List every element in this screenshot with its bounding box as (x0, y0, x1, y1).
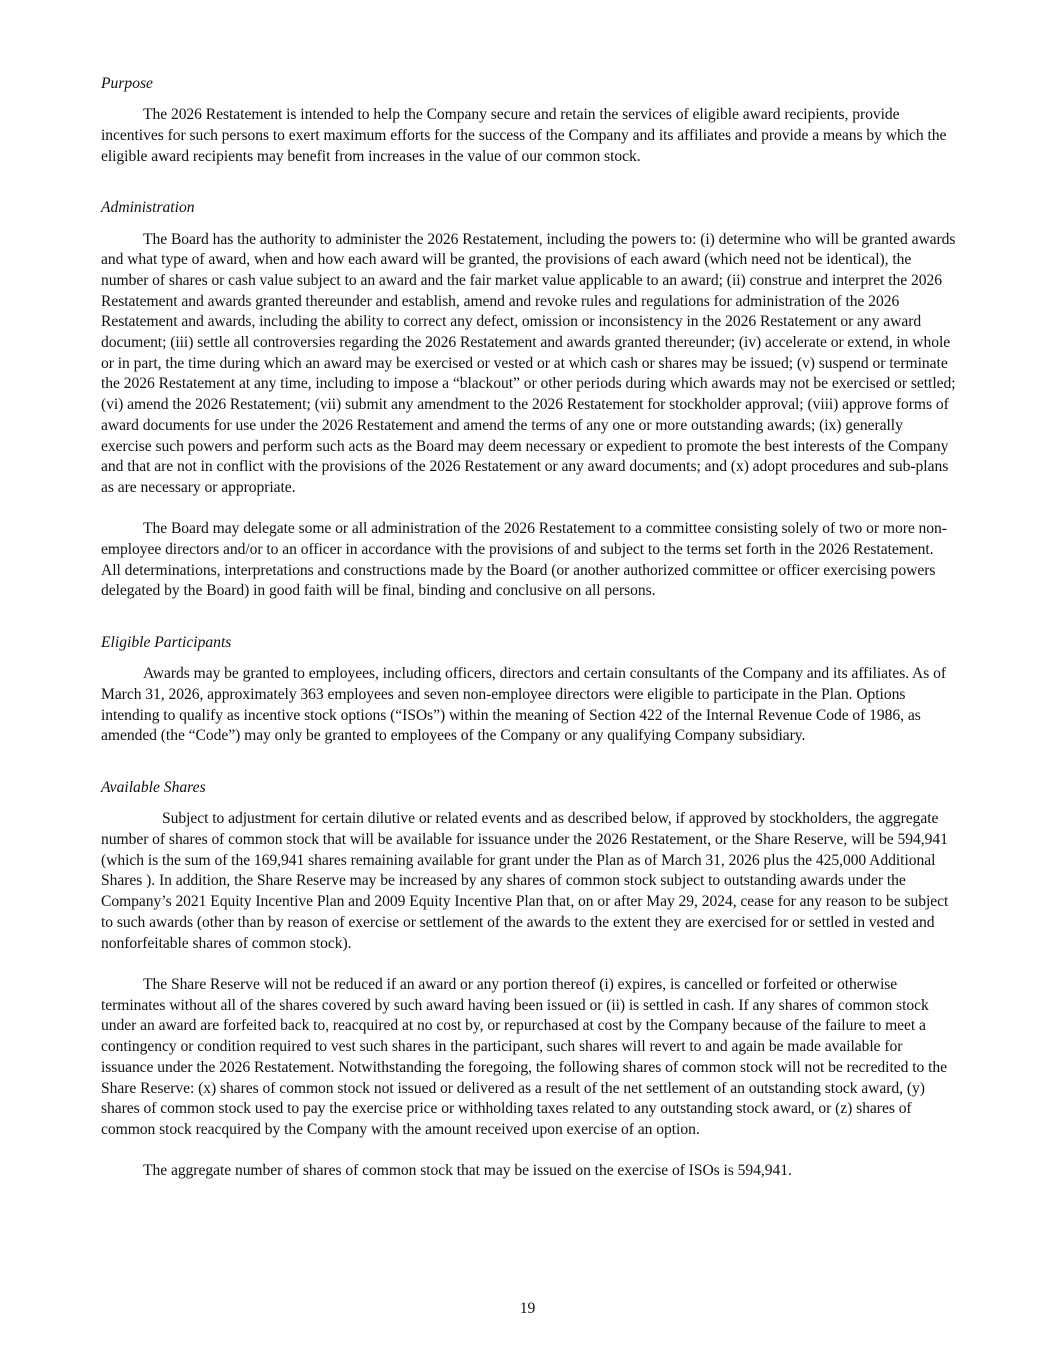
section-heading-purpose: Purpose (101, 74, 956, 95)
paragraph-share-reserve: Subject to adjustment for certain diluti… (101, 809, 956, 954)
paragraph-eligible-participants: Awards may be granted to employees, incl… (101, 664, 956, 747)
spacer (101, 1141, 956, 1162)
section-heading-eligible-participants: Eligible Participants (101, 633, 956, 654)
spacer (101, 602, 956, 633)
section-heading-available-shares: Available Shares (101, 778, 956, 799)
paragraph-iso-limit: The aggregate number of shares of common… (101, 1161, 956, 1182)
spacer (101, 954, 956, 975)
document-page: Purpose The 2026 Restatement is intended… (101, 74, 956, 1182)
spacer (101, 167, 956, 198)
paragraph-administration-powers: The Board has the authority to administe… (101, 230, 956, 499)
spacer (101, 747, 956, 778)
section-heading-administration: Administration (101, 198, 956, 219)
section-administration: Administration The Board has the authori… (101, 198, 956, 602)
section-available-shares: Available Shares Subject to adjustment f… (101, 778, 956, 1182)
paragraph-purpose: The 2026 Restatement is intended to help… (101, 105, 956, 167)
spacer (101, 499, 956, 520)
paragraph-administration-delegation: The Board may delegate some or all admin… (101, 519, 956, 602)
section-purpose: Purpose The 2026 Restatement is intended… (101, 74, 956, 167)
paragraph-share-recycling: The Share Reserve will not be reduced if… (101, 975, 956, 1141)
section-eligible-participants: Eligible Participants Awards may be gran… (101, 633, 956, 747)
page-number: 19 (0, 1299, 1055, 1319)
